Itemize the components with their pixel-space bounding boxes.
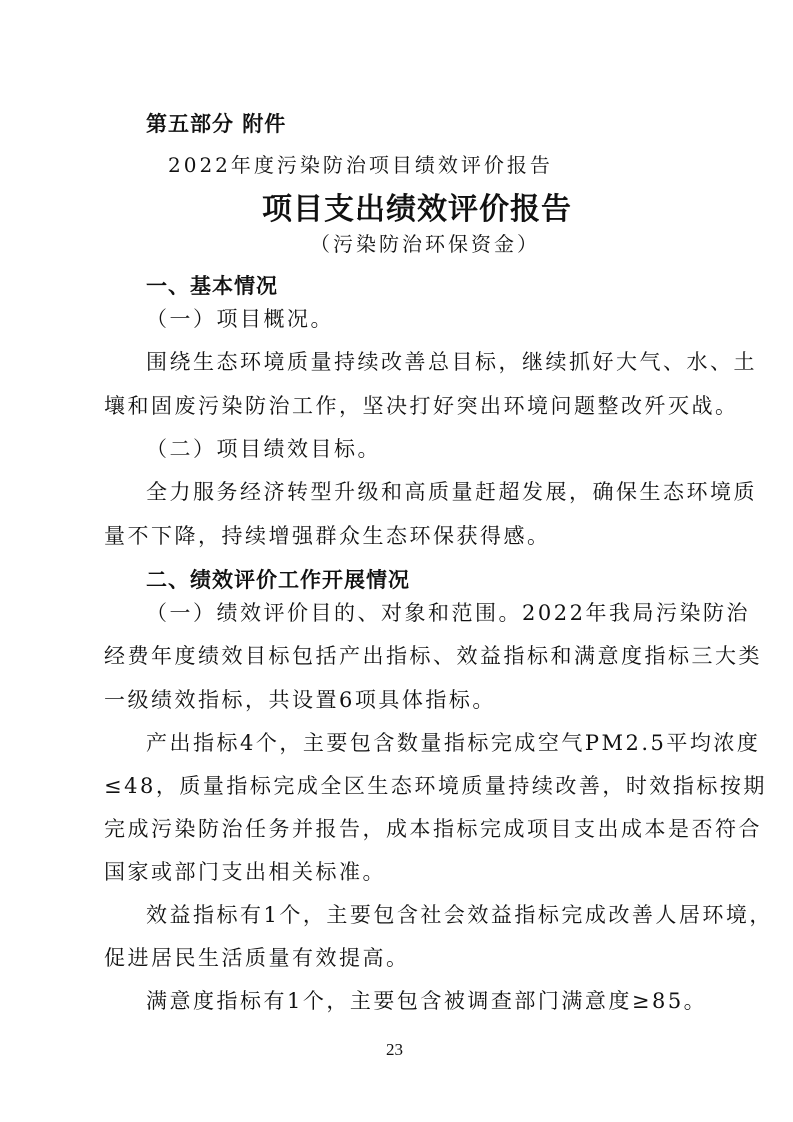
- fund-note: （污染防治环保资金）: [310, 228, 540, 257]
- paragraph-line: 效益指标有1个，主要包含社会效益指标完成改善人居环境，: [146, 899, 773, 929]
- subsection-heading-evaluation-scope: （一）绩效评价目的、对象和范围。2022年我局污染防治: [146, 597, 750, 627]
- subsection-heading-performance-goal: （二）项目绩效目标。: [146, 433, 381, 463]
- section-heading-evaluation-work: 二、绩效评价工作开展情况: [146, 564, 410, 594]
- paragraph-line: 壤和固废污染防治工作，坚决打好突出环境问题整改歼灭战。: [104, 390, 739, 420]
- paragraph-line: 一级绩效指标，共设置6项具体指标。: [104, 684, 496, 714]
- report-subtitle: 2022年度污染防治项目绩效评价报告: [168, 149, 553, 178]
- paragraph-line: 国家或部门支出相关标准。: [104, 856, 386, 886]
- paragraph-line: 满意度指标有1个，主要包含被调查部门满意度≥85。: [146, 985, 707, 1015]
- paragraph-line: 围绕生态环境质量持续改善总目标，继续抓好大气、水、土: [146, 346, 757, 376]
- main-title: 项目支出绩效评价报告: [262, 184, 572, 228]
- paragraph-line: 产出指标4个，主要包含数量指标完成空气PM2.5平均浓度: [146, 727, 760, 757]
- page-number: 23: [386, 1040, 403, 1060]
- paragraph-line: 全力服务经济转型升级和高质量赶超发展，确保生态环境质: [146, 476, 757, 506]
- paragraph-line: ≤48，质量指标完成全区生态环境质量持续改善，时效指标按期: [104, 770, 767, 800]
- paragraph-line: 经费年度绩效目标包括产出指标、效益指标和满意度指标三大类: [104, 640, 762, 670]
- document-page: 第五部分 附件 2022年度污染防治项目绩效评价报告 项目支出绩效评价报告 （污…: [0, 0, 793, 1122]
- part-heading: 第五部分 附件: [146, 108, 286, 138]
- section-heading-basic-info: 一、基本情况: [146, 270, 278, 300]
- paragraph-line: 完成污染防治任务并报告，成本指标完成项目支出成本是否符合: [104, 813, 762, 843]
- paragraph-line: 促进居民生活质量有效提高。: [104, 942, 410, 972]
- paragraph-line: 量不下降，持续增强群众生态环保获得感。: [104, 520, 551, 550]
- subsection-heading-project-overview: （一）项目概况。: [146, 303, 334, 333]
